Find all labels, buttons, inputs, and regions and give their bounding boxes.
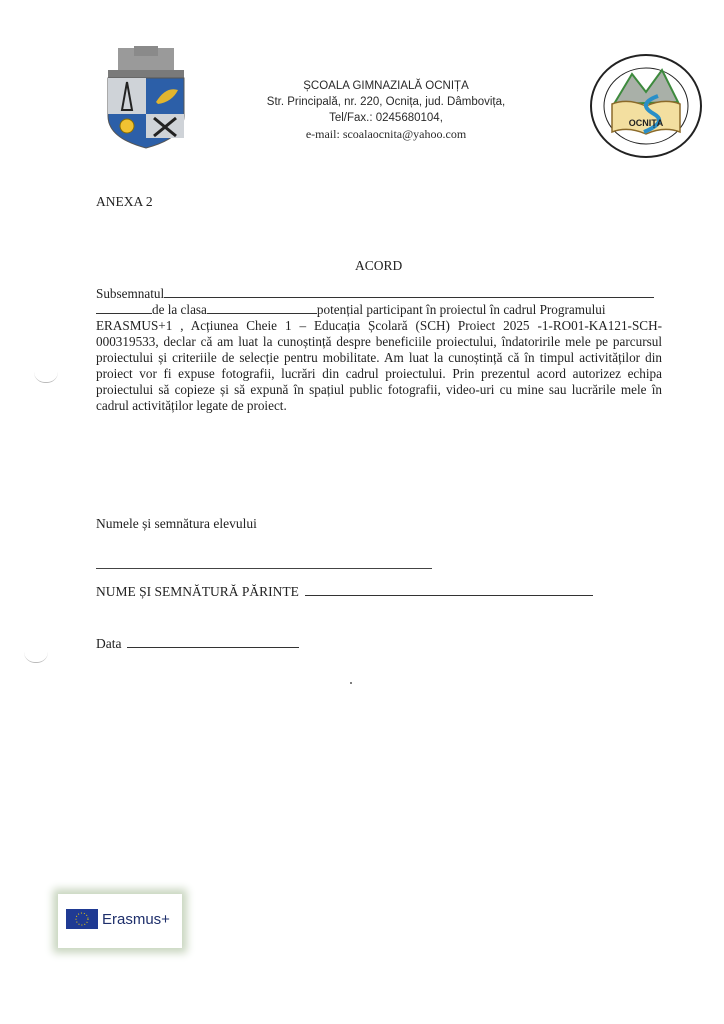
date-field[interactable]: [127, 636, 299, 648]
punch-hole-mark: [24, 652, 48, 663]
agreement-body: Subsemnatul de la clasapotențial partici…: [96, 286, 662, 414]
date-label: Data: [96, 636, 121, 651]
parent-signature-field[interactable]: [305, 584, 593, 596]
class-label: de la clasa: [152, 302, 207, 317]
erasmus-logo: Erasmus+: [58, 894, 182, 948]
subsemnatul-label: Subsemnatul: [96, 286, 164, 301]
date-row: Data: [96, 636, 299, 652]
school-header: ȘCOALA GIMNAZIALĂ OCNIȚA Str. Principală…: [236, 78, 536, 142]
student-signature-field[interactable]: [96, 568, 432, 569]
erasmus-text: Erasmus+: [102, 911, 170, 928]
school-seal-logo: OCNIȚA: [588, 52, 704, 160]
annex-label: ANEXA 2: [96, 194, 153, 210]
student-signature-label: Numele și semnătura elevului: [96, 516, 257, 532]
document-title: ACORD: [355, 258, 402, 274]
school-email: e-mail: scoalaocnita@yahoo.com: [236, 126, 536, 142]
parent-signature-label: NUME ȘI SEMNĂTURĂ PĂRINTE: [96, 584, 299, 599]
class-field[interactable]: [207, 302, 317, 314]
participant-text: potențial participant în proiectul în ca…: [317, 302, 606, 317]
student-age-field[interactable]: [96, 302, 152, 314]
parent-signature-row: NUME ȘI SEMNĂTURĂ PĂRINTE: [96, 584, 593, 600]
student-name-field[interactable]: [164, 286, 654, 298]
school-phone: Tel/Fax.: 0245680104,: [236, 110, 536, 126]
svg-text:OCNIȚA: OCNIȚA: [629, 118, 664, 128]
eu-flag-icon: [66, 909, 98, 929]
punch-hole-mark: [34, 372, 58, 383]
school-name: ȘCOALA GIMNAZIALĂ OCNIȚA: [236, 78, 536, 94]
agreement-paragraph: ERASMUS+1 , Acțiunea Cheie 1 – Educația …: [96, 318, 662, 414]
school-address: Str. Principală, nr. 220, Ocnița, jud. D…: [236, 94, 536, 110]
coat-of-arms-logo: [96, 46, 196, 150]
scan-speck: [350, 682, 352, 684]
